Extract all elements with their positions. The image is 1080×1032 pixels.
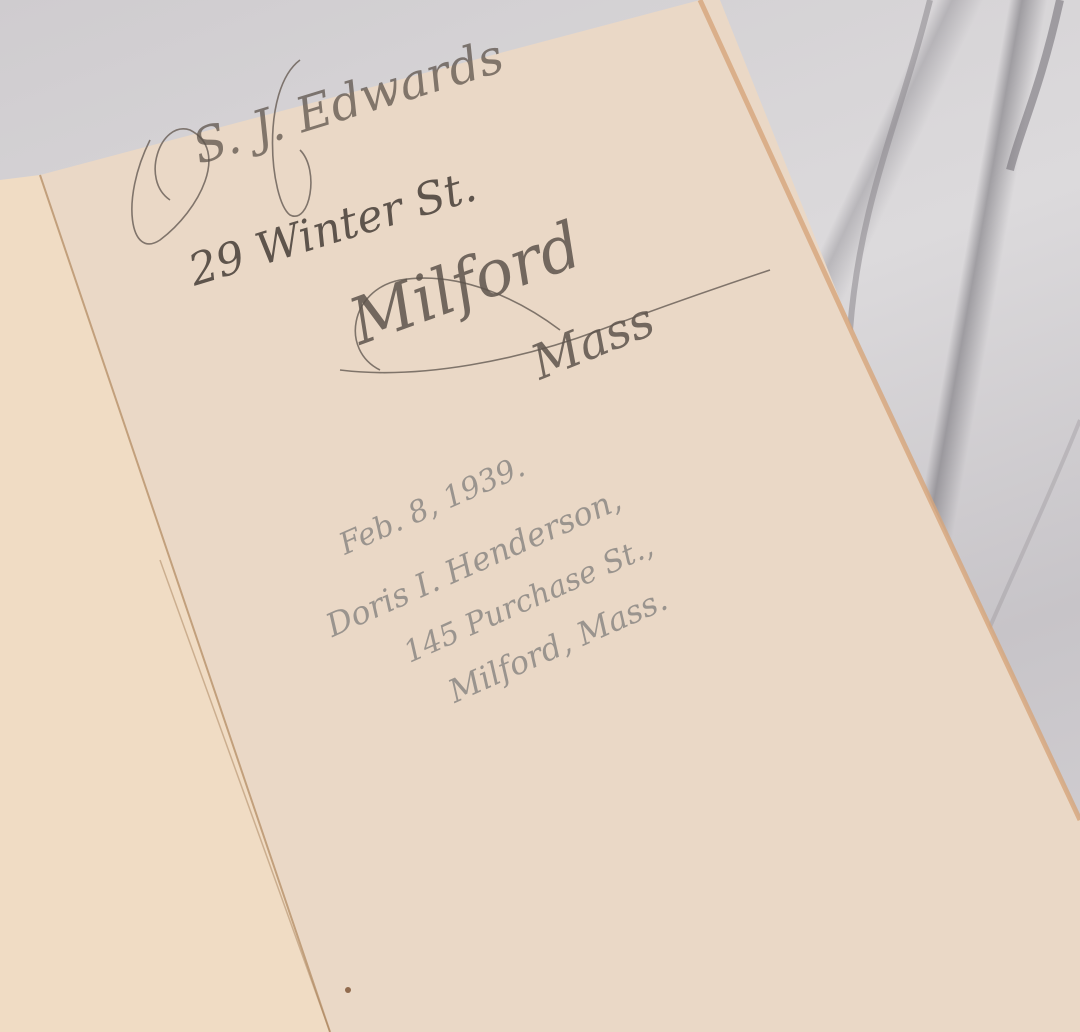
marble-vein [850,0,930,330]
marble-vein [1010,0,1060,170]
book-illustration: S. J. Edwards 29 Winter St. Milford Mass… [0,0,1080,1032]
photo-scene: S. J. Edwards 29 Winter St. Milford Mass… [0,0,1080,1032]
foxing-spot [345,987,351,993]
